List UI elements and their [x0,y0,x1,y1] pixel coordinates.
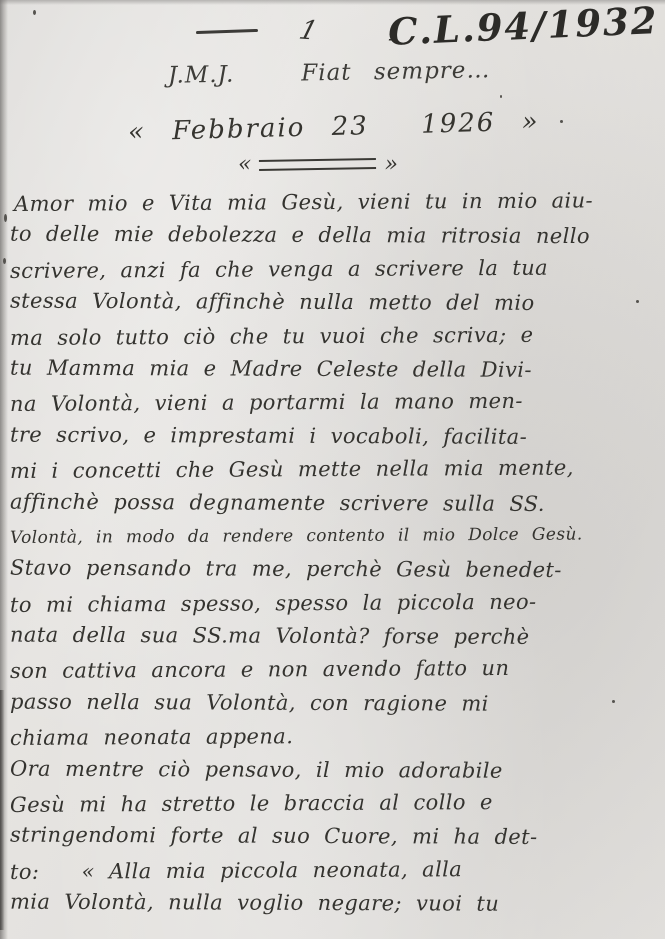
manuscript-scan-page: 1 - C.L.94/1932 J.M.J. Fiat sempre… « Fe… [0,0,665,939]
ink-speck [560,120,563,123]
manuscript-line: affinchè possa degnamente scrivere sulla… [10,485,659,521]
manuscript-line: scrivere, anzi fa che venga a scrivere l… [10,251,659,288]
manuscript-line: tu Mamma mia e Madre Celeste della Divi- [10,352,659,388]
manuscript-line: son cattiva ancora e non avendo fatto un [10,651,659,688]
ink-speck [3,258,6,264]
manuscript-line: passo nella sua Volontà, con ragione mi [10,685,659,721]
manuscript-line: Volontà, in modo da rendere contento il … [10,518,659,555]
manuscript-line: mi i concetti che Gesù mette nella mia m… [10,451,659,488]
manuscript-line: tre scrivo, e imprestami i vocaboli, fac… [10,418,659,454]
double-rule [259,158,376,171]
flourish-open-quote: « [238,152,251,177]
ink-speck [230,128,233,131]
ink-speck [4,214,7,222]
manuscript-line: ma solo tutto ciò che tu vuoi che scriva… [10,318,659,355]
ink-speck [612,700,615,703]
ink-speck [500,95,502,98]
date-line: « Febbraio 23 1926 » [128,107,540,148]
manuscript-line: stringendomi forte al suo Cuore, mi ha d… [10,819,659,855]
flourish-close-quote: » [385,152,398,177]
manuscript-line: nata della sua SS.ma Volontà? forse perc… [10,619,659,655]
pen-stroke-mark [196,29,258,34]
page-number: 1 [296,15,321,46]
manuscript-line: Ora mentre ciò pensavo, il mio adorabile [10,752,659,788]
manuscript-line: to mi chiama spesso, spesso la piccola n… [10,585,659,622]
archive-reference: C.L.94/1932 [388,0,660,54]
manuscript-line: Amor mio e Vita mia Gesù, vieni tu in mi… [10,184,659,221]
manuscript-line: na Volontà, vieni a portarmi la mano men… [10,384,659,421]
manuscript-line: Gesù mi ha stretto le braccia al collo e [10,785,659,822]
ink-speck [33,10,36,15]
manuscript-body: Amor mio e Vita mia Gesù, vieni tu in mi… [10,186,659,921]
manuscript-line: mia Volontà, nulla voglio negare; vuoi t… [10,886,659,922]
manuscript-line: to: « Alla mia piccola neonata, alla [10,852,659,889]
manuscript-line: Stavo pensando tra me, perchè Gesù bened… [10,552,659,588]
invocation-line: J.M.J. Fiat sempre… [168,57,491,89]
scan-shadow-left-lower [0,690,5,930]
manuscript-line: stessa Volontà, affinchè nulla metto del… [10,285,659,321]
manuscript-line: chiama neonata appena. [10,718,659,755]
manuscript-line: to delle mie debolezza e della mia ritro… [10,218,659,254]
ink-speck [636,300,639,303]
date-underline-flourish: « » [238,152,398,177]
